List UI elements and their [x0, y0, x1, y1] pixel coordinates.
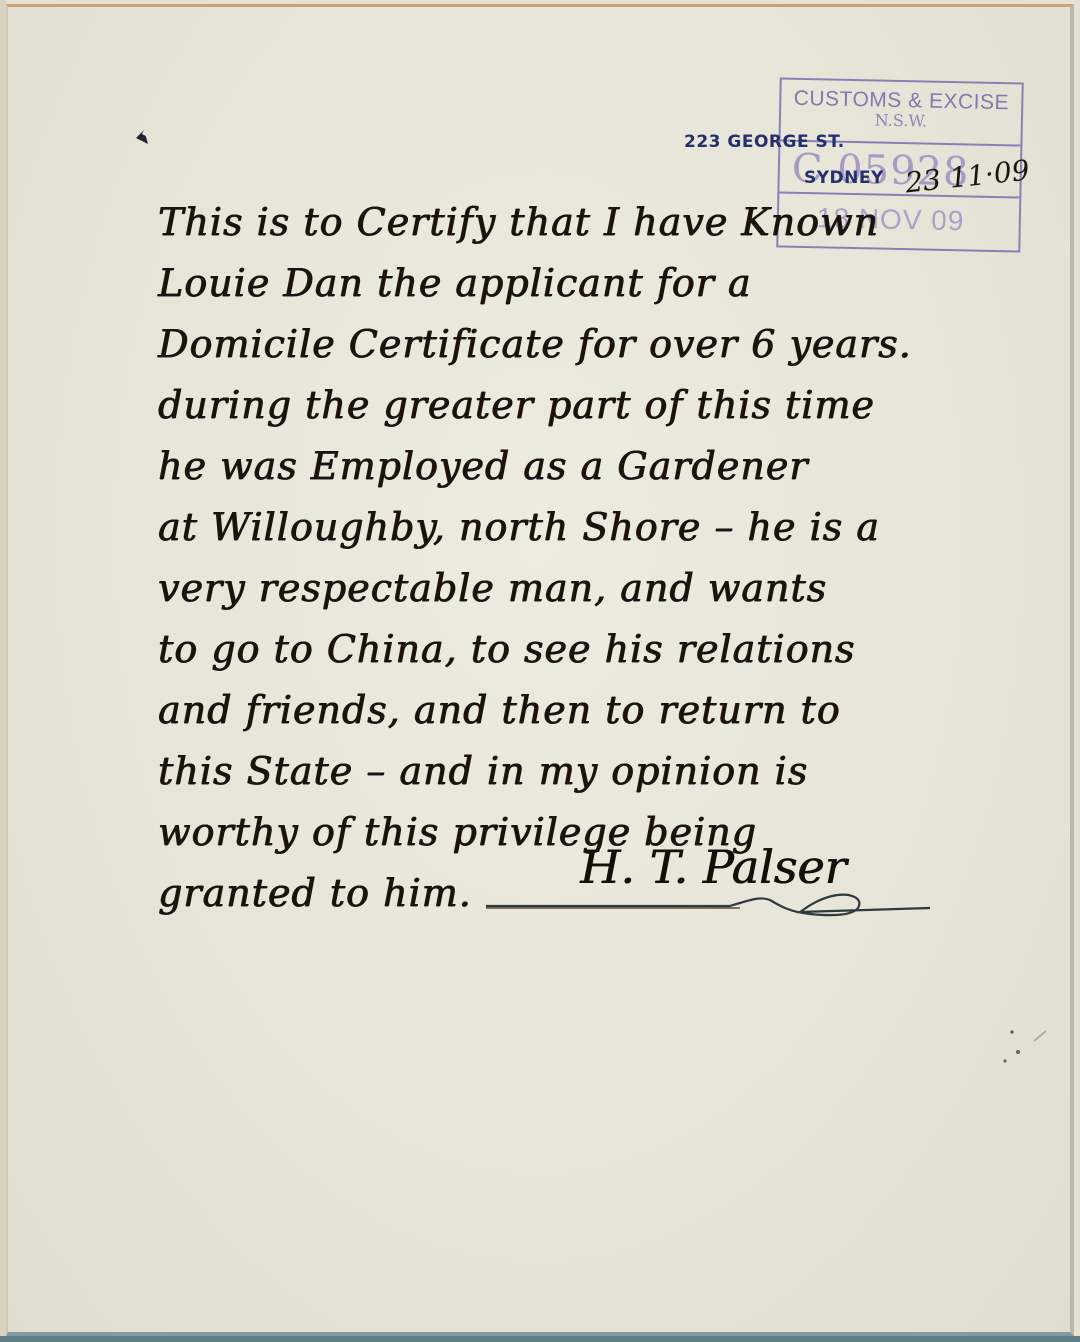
- letter-body: This is to Certify that I have Known Lou…: [158, 200, 1048, 932]
- letter-line: Domicile Certificate for over 6 years.: [158, 322, 1048, 383]
- paper-specks-icon: [1000, 1015, 1050, 1065]
- address-street: 223 GEORGE ST.: [684, 134, 845, 151]
- letter-line: to go to China, to see his relations: [158, 627, 1048, 688]
- letter-line: during the greater part of this time: [158, 383, 1048, 444]
- paper-edge-bottom: [0, 1336, 1080, 1342]
- letter-line: at Willoughby, north Shore – he is a: [158, 505, 1048, 566]
- letter-line: This is to Certify that I have Known: [158, 200, 1048, 261]
- address-city: SYDNEY: [804, 170, 884, 187]
- letter-line: and friends, and then to return to: [158, 688, 1048, 749]
- letter-line: he was Employed as a Gardener: [158, 444, 1048, 505]
- address-stamp: 223 GEORGE ST. SYDNEY: [684, 134, 845, 151]
- paper-blemish-icon: [132, 128, 152, 150]
- letter-line: Louie Dan the applicant for a: [158, 261, 1048, 322]
- stamp-title: CUSTOMS & EXCISE: [781, 80, 1022, 114]
- letter-line: this State – and in my opinion is: [158, 749, 1048, 810]
- letter-line: very respectable man, and wants: [158, 566, 1048, 627]
- signature-flourish-icon: [480, 886, 940, 926]
